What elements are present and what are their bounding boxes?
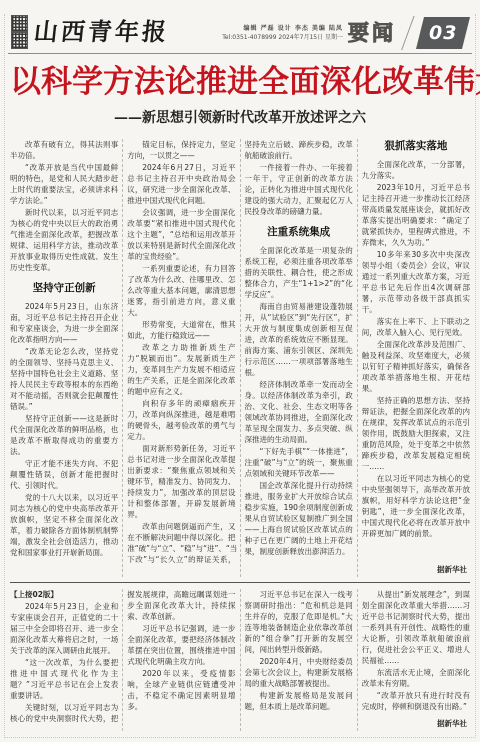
article-paragraph: 改革之力助推新质生产力“脱颖而出”。发展新质生产力，变革同生产力发展不相适应的生… [127,342,235,397]
bottom-article-wrap: 【上接02版】2024年5月23日，企业和专家座谈会召开，正值党的二十届三中全会… [10,589,470,731]
article-paragraph: 在以习近平同志为核心的党中央坚强领导下，高举改革开放旗帜，用好科学方法论这把“金… [362,473,470,539]
article-paragraph: 2020年以来，受疫情影响，全球产业链供应链遭受冲击，不稳定不确定因素明显增多。 [127,668,235,712]
article-paragraph: 东流活水无止境，全面深化改革未有穷期。 [362,667,470,689]
headline-block: 以科学方法论推进全面深化改革伟大实践 ——新思想引领新时代改革开放述评之六 [8,54,472,133]
section-heading: 坚持守正创新 [10,281,118,295]
bottom-article-byline: 据新华社 [431,718,467,729]
article-paragraph: 向积存多年的顽瘴痼疾开刀，改革向纵深推进，越是难啃的硬骨头，越考验改革的勇气与定… [127,398,235,442]
header-meta: 编辑 严磊 设计 李杰 美编 陆凤 Tel:0351-4078999 2024年… [222,25,343,42]
article-paragraph: 国企改革深化提升行动持续推进，服务业扩大开放综合试点稳步实施，190余项制度创新… [245,480,353,557]
section-label: 要闻 [348,16,396,50]
article-paragraph: “改革开放是当代中国最鲜明的特色，是党和人民大踏步赶上时代的重要法宝，必须讲求科… [10,162,118,206]
continued-from-lead: 【上接02版】 [10,589,118,600]
page-header: 山西青年报 编辑 严磊 设计 李杰 美编 陆凤 Tel:0351-4078999… [8,16,472,54]
article-paragraph: 习近平总书记强调，进一步全面深化改革，要把经济体制改革摆在突出位置，围绕推进中国… [127,623,235,667]
article-paragraph: 全面深化改革是一项复杂的系统工程，必须注重各项改革举措的关联性、耦合性，使之形成… [245,245,353,300]
article-paragraph: 全面深化改革涉及范围广、触及利益深、攻坚难度大，必须以钉钉子精神抓好落实，确保各… [362,339,470,394]
article-paragraph: 经济体制改革牵一发而动全身。以经济体制改革为牵引，政治、文化、社会、生态文明等各… [245,379,353,445]
article-paragraph: 习近平总书记在深入一线考察调研时指出：“危和机总是同生并存的，克服了危即是机。”… [245,589,353,655]
article-paragraph: 一件接着一件办、一年接着一年干，守正创新的改革方法论，正转化为推进中国式现代化建… [245,162,353,217]
article-paragraph: 会议强调，进一步全面深化改革要“紧扣推进中国式现代化这个主题”，“总结和运用改革… [127,207,235,262]
article-divider [10,582,470,583]
diagonal-divider [401,16,415,50]
newspaper-page: 山西青年报 编辑 严磊 设计 李杰 美编 陆凤 Tel:0351-4078999… [0,0,480,742]
article-paragraph: 构建新发展格局是发展问题，但本质上是改革问题。 [245,690,353,712]
article-paragraph: 坚持守正创新——这是新时代全面深化改革的鲜明品格，也是改革不断取得成功的重要方法… [10,413,118,457]
article-paragraph: 面对新形势新任务，习近平总书记对进一步全面深化改革提出新要求：“聚焦重点领域和关… [127,443,235,520]
page-number: 03 [429,22,457,44]
article-paragraph: 改革有破有立，得其法则事半功倍。 [10,139,118,161]
qr-codes [12,16,27,48]
article-paragraph: “这一次改革，为什么要把推进中国式现代化作为主题？”习近平总书记在会上发表重要讲… [10,657,118,701]
sub-headline: ——新思想引领新时代改革开放述评之六 [10,107,470,127]
article-paragraph: 守正才能不迷失方向、不犯颠覆性错误，创新才能把握时代、引领时代。 [10,458,118,491]
article-paragraph: “改革开放只有进行时没有完成时，停顿和倒退没有出路。” [362,690,470,712]
masthead-title: 山西青年报 [32,16,170,48]
article-paragraph: 从提出“新发展理念”，到谋划全面深化改革重大举措……习近平总书记洞察时代大势，提… [362,589,470,666]
article-paragraph: 落实在上率下、上下联动之间，改革入脑入心、见行见效。 [362,316,470,338]
article-paragraph: 党的十八大以来，以习近平同志为核心的党中央高举改革开放旗帜，坚定不移全面深化改革… [10,492,118,558]
article-paragraph: “下好先手棋”“一体推进”，注重“破”与“立”的统一，聚焦重点领域和关键环节改革… [245,446,353,479]
article-paragraph: 10多年来30多次中央深改领导小组（委员会）会议，审议通过一系列重大改革方案，习… [362,249,470,315]
article-paragraph: 2023年10月，习近平总书记主持召开进一步推动长江经济带高质量发展座谈会，就抓… [362,182,470,248]
bottom-article-columns: 【上接02版】2024年5月23日，企业和专家座谈会召开，正值党的二十届三中全会… [10,589,470,731]
article-paragraph: 全面深化改革，一分部署，九分落实。 [362,159,470,181]
main-headline: 以科学方法论推进全面深化改革伟大实践 [10,64,470,100]
article-paragraph: 2024年6月27日，习近平总书记主持召开中央政治局会议，研究进一步全面深化改革… [127,162,235,206]
header-right-cluster: 编辑 严磊 设计 李杰 美编 陆凤 Tel:0351-4078999 2024年… [222,16,468,50]
qr-code-icon [12,16,27,31]
page-number-badge: 03 [416,17,470,49]
section-heading: 注重系统集成 [245,225,353,239]
main-article-byline: 据新华社 [431,564,467,575]
article-paragraph: “改革无论怎么改，坚持党的全面领导、坚持马克思主义、坚持中国特色社会主义道路、坚… [10,346,118,412]
article-paragraph: 海南自由贸易港建设蓬勃展开，从“试验区”到“先行区”，扩大开放与制度集成创新相互… [245,301,353,378]
article-paragraph: 坚持正确的思想方法、坚持辩证法，把握全面深化改革的内在规律，发挥改革试点的示范引… [362,395,470,472]
date-contact-line: Tel:0351-4078999 2024年7月15日 星期一 [222,33,343,42]
main-article-columns: 改革有破有立，得其法则事半功倍。“改革开放是当代中国最鲜明的特色，是党和人民大踏… [10,139,470,577]
section-heading: 狠抓落实落地 [362,139,470,153]
article-paragraph: 2024年5月23日，企业和专家座谈会召开，正值党的二十届三中全会即将召开、进一… [10,601,118,656]
main-article-wrap: 改革有破有立，得其法则事半功倍。“改革开放是当代中国最鲜明的特色，是党和人民大踏… [10,139,470,577]
article-paragraph: 锚定目标，保持定力，坚定方向，一以贯之—— [127,139,235,161]
article-paragraph: 新时代以来，以习近平同志为核心的党中央以巨大的政治勇气推进全面深化改革，把握改革… [10,207,118,273]
staff-credits: 编辑 严磊 设计 李杰 美编 陆凤 [222,25,343,33]
qr-code-icon [12,33,27,48]
article-paragraph: 2024年5月23日，山东济南，习近平总书记主持召开企业和专家座谈会，为进一步全… [10,301,118,345]
article-paragraph: 形势常变，大道常在，惟其如此，方能行稳致远—— [127,319,235,341]
article-paragraph: 一系列重要论述，有力回答了改革为什么改、往哪里改、怎么改等重大基本问题，廓清思想… [127,263,235,318]
article-paragraph: 2020年4月，中央财经委员会第七次会议上，构建新发展格局的重大战略部署被提出。 [245,656,353,689]
